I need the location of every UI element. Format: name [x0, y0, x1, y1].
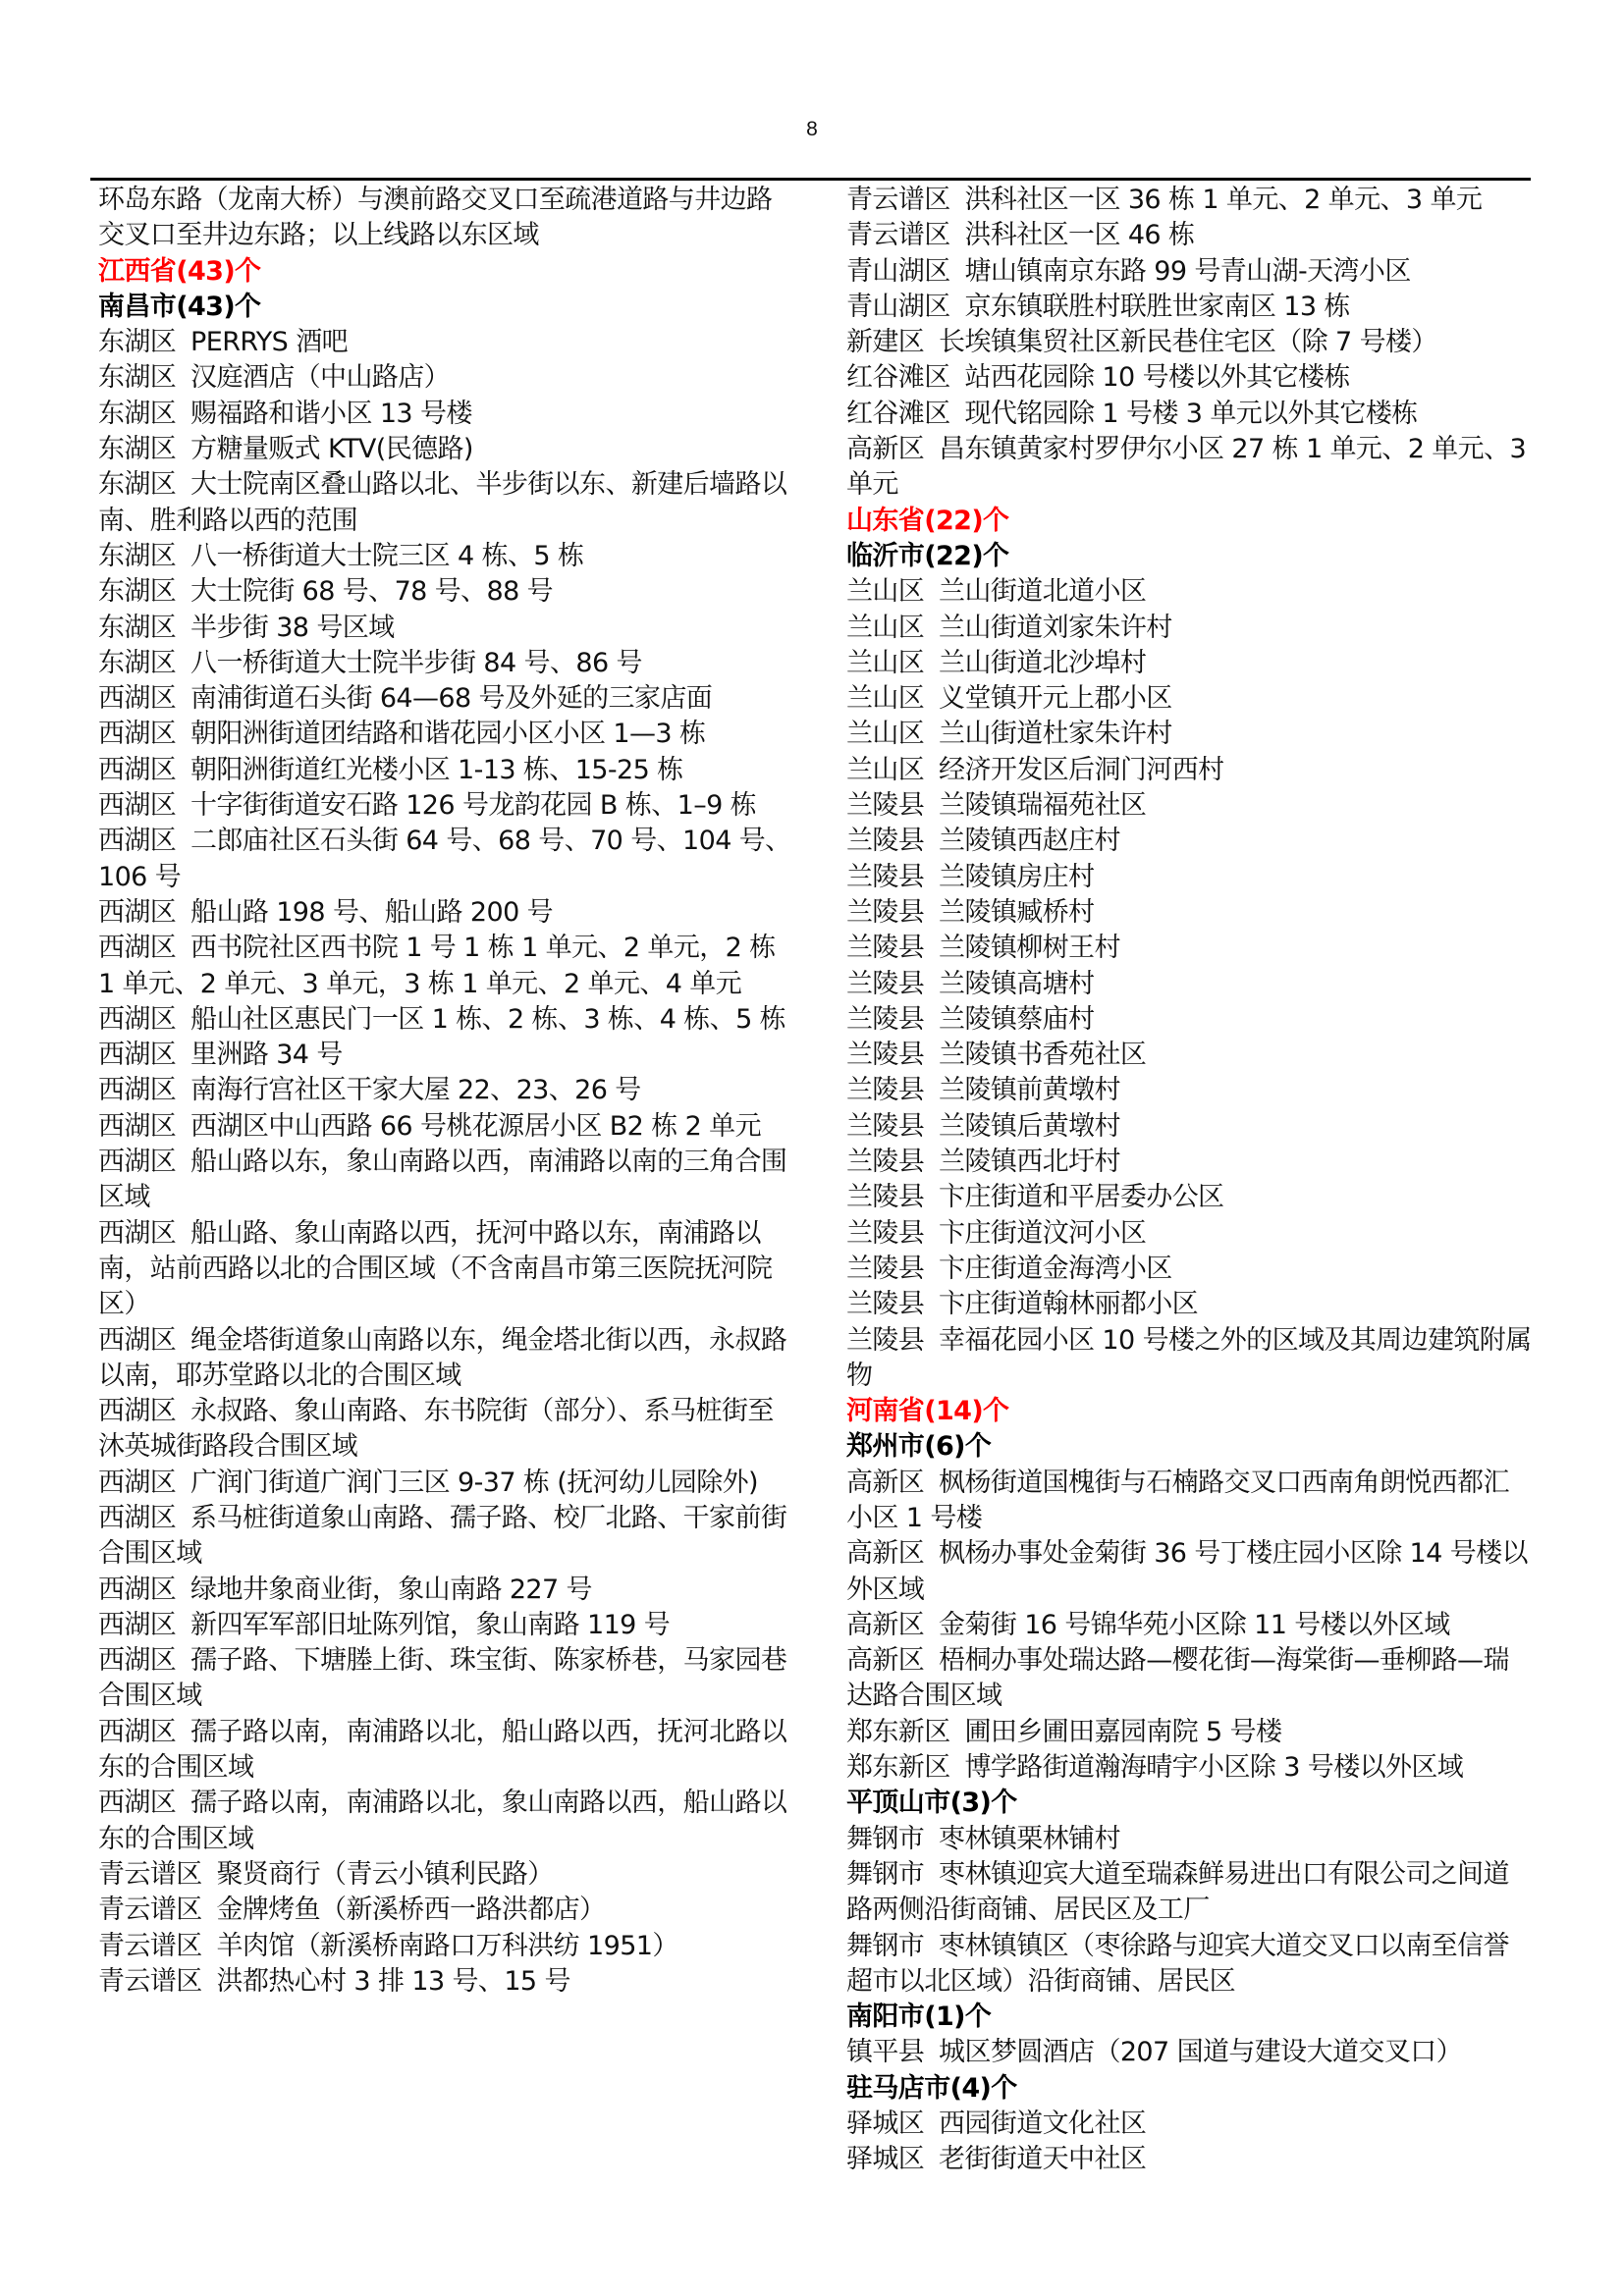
district-label: 西湖区: [98, 1040, 176, 1070]
location-text: 梧桐办事处瑞达路—樱花街—海棠街—垂柳路—瑞达路合围区域: [846, 1645, 1509, 1711]
district-label: 西湖区: [98, 1396, 176, 1426]
list-item: 西湖区朝阳洲街道团结路和谐花园小区小区 1—3 栋: [98, 717, 797, 752]
district-label: 红谷滩区: [846, 362, 950, 393]
location-text: 枣林镇镇区（枣徐路与迎宾大道交叉口以南至信誉超市以北区域）沿街商铺、居民区: [846, 1931, 1509, 1997]
list-item: 东湖区八一桥街道大士院半步街 84 号、86 号: [98, 646, 797, 681]
district-label: 东湖区: [98, 327, 176, 357]
district-label: 青云谱区: [98, 1859, 202, 1890]
location-text: 兰陵镇西北圩村: [939, 1147, 1120, 1177]
list-item: 西湖区南浦街道石头街 64—68 号及外延的三家店面: [98, 681, 797, 717]
list-item: 西湖区朝阳洲街道红光楼小区 1-13 栋、15-25 栋: [98, 753, 797, 788]
province-heading: 河南省(14)个: [846, 1394, 1534, 1429]
list-item: 新建区长埃镇集贸社区新民巷住宅区（除 7 号楼）: [846, 325, 1534, 360]
list-item: 镇平县城区梦圆酒店（207 国道与建设大道交叉口）: [846, 2035, 1534, 2070]
location-text: 枫杨办事处金菊街 36 号丁楼庄园小区除 14 号楼以外区域: [846, 1538, 1528, 1604]
list-item: 兰陵县兰陵镇高塘村: [846, 967, 1534, 1002]
district-label: 东湖区: [98, 434, 176, 464]
district-label: 青云谱区: [98, 1966, 202, 1997]
location-text: 兰陵镇房庄村: [939, 862, 1094, 892]
location-text: 经济开发区后洞门河西村: [939, 755, 1223, 785]
list-item: 西湖区船山社区惠民门一区 1 栋、2 栋、3 栋、4 栋、5 栋: [98, 1002, 797, 1038]
district-label: 青云谱区: [98, 1895, 202, 1925]
district-label: 舞钢市: [846, 1859, 924, 1890]
location-text: 船山路以东，象山南路以西，南浦路以南的三角合围区域: [98, 1147, 786, 1212]
list-item: 西湖区西湖区中山西路 66 号桃花源居小区 B2 栋 2 单元: [98, 1109, 797, 1145]
list-item: 西湖区南海行宫社区干家大屋 22、23、26 号: [98, 1073, 797, 1108]
district-label: 西湖区: [98, 1004, 176, 1035]
list-item: 舞钢市枣林镇镇区（枣徐路与迎宾大道交叉口以南至信誉超市以北区域）沿街商铺、居民区: [846, 1929, 1534, 2001]
location-text: 兰山街道北沙埠村: [939, 648, 1146, 678]
location-text: 朝阳洲街道红光楼小区 1-13 栋、15-25 栋: [190, 755, 682, 785]
location-text: 大士院南区叠山路以北、半步街以东、新建后墙路以南、胜利路以西的范围: [98, 469, 786, 535]
district-label: 兰陵县: [846, 790, 924, 821]
district-label: 西湖区: [98, 1717, 176, 1747]
province-heading: 江西省(43)个: [98, 254, 797, 290]
list-item: 西湖区船山路、象山南路以西，抚河中路以东，南浦路以南，站前西路以北的合围区域（不…: [98, 1216, 797, 1323]
district-label: 高新区: [846, 1468, 924, 1498]
list-item: 青云谱区洪科社区一区 46 栋: [846, 218, 1534, 253]
location-text: 金牌烤鱼（新溪桥西一路洪都店）: [216, 1895, 605, 1925]
location-text: 朝阳洲街道团结路和谐花园小区小区 1—3 栋: [190, 719, 705, 749]
location-text: 兰陵镇臧桥村: [939, 897, 1094, 928]
location-text: 绿地井象商业街，象山南路 227 号: [190, 1575, 592, 1605]
location-text: 聚贤商行（青云小镇利民路）: [216, 1859, 553, 1890]
location-text: 老街街道天中社区: [939, 2144, 1146, 2174]
list-item: 兰陵县兰陵镇蔡庙村: [846, 1002, 1534, 1038]
list-item: 西湖区绿地井象商业街，象山南路 227 号: [98, 1573, 797, 1608]
location-text: 二郎庙社区石头街 64 号、68 号、70 号、104 号、106 号: [98, 826, 791, 891]
district-label: 驿城区: [846, 2109, 924, 2139]
list-item: 西湖区二郎庙社区石头街 64 号、68 号、70 号、104 号、106 号: [98, 824, 797, 895]
location-text: 西书院社区西书院 1 号 1 栋 1 单元、2 单元，2 栋 1 单元、2 单元…: [98, 933, 776, 998]
district-label: 西湖区: [98, 1788, 176, 1818]
list-item: 兰陵县卞庄街道和平居委办公区: [846, 1180, 1534, 1215]
list-item: 东湖区八一桥街道大士院三区 4 栋、5 栋: [98, 539, 797, 574]
location-text: 站西花园除 10 号楼以外其它楼栋: [964, 362, 1349, 393]
list-item: 东湖区PERRYS 酒吧: [98, 325, 797, 360]
district-label: 青山湖区: [846, 292, 950, 322]
location-text: 广润门街道广润门三区 9-37 栋 (抚河幼儿园除外): [190, 1468, 758, 1498]
list-item: 兰陵县兰陵镇瑞福苑社区: [846, 788, 1534, 824]
list-item: 红谷滩区站西花园除 10 号楼以外其它楼栋: [846, 360, 1534, 396]
district-label: 兰山区: [846, 613, 924, 643]
district-label: 兰陵县: [846, 826, 924, 856]
location-text: 兰陵镇瑞福苑社区: [939, 790, 1146, 821]
list-item: 兰山区兰山街道北道小区: [846, 574, 1534, 610]
location-text: 西湖区中山西路 66 号桃花源居小区 B2 栋 2 单元: [190, 1111, 761, 1142]
district-label: 东湖区: [98, 576, 176, 607]
district-label: 兰陵县: [846, 1254, 924, 1284]
location-text: 兰陵镇前黄墩村: [939, 1075, 1120, 1105]
district-label: 西湖区: [98, 897, 176, 928]
location-text: 洪科社区一区 46 栋: [964, 220, 1194, 250]
location-text: 枣林镇栗林铺村: [939, 1824, 1120, 1854]
district-label: 西湖区: [98, 1147, 176, 1177]
list-item: 东湖区汉庭酒店（中山路店）: [98, 360, 797, 396]
city-heading: 南阳市(1)个: [846, 2000, 1534, 2035]
district-label: 舞钢市: [846, 1931, 924, 1961]
location-text: 西园街道文化社区: [939, 2109, 1146, 2139]
district-label: 高新区: [846, 1645, 924, 1676]
location-text: 半步街 38 号区域: [190, 613, 395, 643]
list-item: 驿城区老街街道天中社区: [846, 2142, 1534, 2177]
location-text: 长埃镇集贸社区新民巷住宅区（除 7 号楼）: [939, 327, 1437, 357]
location-text: 金菊街 16 号锦华苑小区除 11 号楼以外区域: [939, 1610, 1450, 1640]
district-label: 西湖区: [98, 1503, 176, 1533]
location-text: 新四军军部旧址陈列馆，象山南路 119 号: [190, 1610, 670, 1640]
district-label: 舞钢市: [846, 1824, 924, 1854]
location-text: PERRYS 酒吧: [190, 327, 348, 357]
list-item: 东湖区半步街 38 号区域: [98, 611, 797, 646]
location-text: 八一桥街道大士院半步街 84 号、86 号: [190, 648, 642, 678]
list-item: 西湖区船山路以东，象山南路以西，南浦路以南的三角合围区域: [98, 1145, 797, 1216]
location-text: 京东镇联胜村联胜世家南区 13 栋: [964, 292, 1349, 322]
district-label: 西湖区: [98, 1575, 176, 1605]
list-item: 西湖区十字街街道安石路 126 号龙韵花园 B 栋、1–9 栋: [98, 788, 797, 824]
city-heading: 南昌市(43)个: [98, 290, 797, 325]
list-item: 西湖区里洲路 34 号: [98, 1038, 797, 1073]
location-text: 博学路街道瀚海晴宇小区除 3 号楼以外区域: [964, 1752, 1463, 1783]
location-text: 兰陵镇书香苑社区: [939, 1040, 1146, 1070]
district-label: 东湖区: [98, 541, 176, 571]
district-label: 兰山区: [846, 683, 924, 714]
location-text: 卞庄街道和平居委办公区: [939, 1182, 1223, 1212]
location-text: 兰陵镇后黄墩村: [939, 1111, 1120, 1142]
district-label: 兰陵县: [846, 933, 924, 963]
district-label: 青云谱区: [846, 220, 950, 250]
district-label: 兰陵县: [846, 1325, 924, 1356]
list-item: 兰陵县兰陵镇前黄墩村: [846, 1073, 1534, 1108]
district-label: 高新区: [846, 1538, 924, 1569]
list-item: 东湖区大士院南区叠山路以北、半步街以东、新建后墙路以南、胜利路以西的范围: [98, 467, 797, 539]
district-label: 郑东新区: [846, 1717, 950, 1747]
location-text: 圃田乡圃田嘉园南院 5 号楼: [964, 1717, 1281, 1747]
location-text: 兰山街道杜家朱许村: [939, 719, 1172, 749]
list-item: 青山湖区塘山镇南京东路 99 号青山湖-天湾小区: [846, 254, 1534, 290]
district-label: 郑东新区: [846, 1752, 950, 1783]
district-label: 西湖区: [98, 1610, 176, 1640]
district-label: 西湖区: [98, 1218, 176, 1249]
page-number: 8: [0, 116, 1624, 143]
district-label: 高新区: [846, 434, 924, 464]
district-label: 兰陵县: [846, 969, 924, 999]
district-label: 兰陵县: [846, 1147, 924, 1177]
right-column: 青云谱区洪科社区一区 36 栋 1 单元、2 单元、3 单元青云谱区洪科社区一区…: [846, 183, 1534, 2178]
province-heading: 山东省(22)个: [846, 504, 1534, 539]
location-text: 兰山街道刘家朱许村: [939, 613, 1172, 643]
location-text: 十字街街道安石路 126 号龙韵花园 B 栋、1–9 栋: [190, 790, 756, 821]
list-item: 兰陵县兰陵镇书香苑社区: [846, 1038, 1534, 1073]
location-text: 兰山街道北道小区: [939, 576, 1146, 607]
list-item: 兰山区兰山街道刘家朱许村: [846, 611, 1534, 646]
district-label: 西湖区: [98, 1325, 176, 1356]
list-item: 西湖区广润门街道广润门三区 9-37 栋 (抚河幼儿园除外): [98, 1466, 797, 1501]
list-item: 兰山区兰山街道杜家朱许村: [846, 717, 1534, 752]
location-text: 卞庄街道汶河小区: [939, 1218, 1146, 1249]
list-item: 高新区梧桐办事处瑞达路—樱花街—海棠街—垂柳路—瑞达路合围区域: [846, 1643, 1534, 1715]
list-item: 青云谱区金牌烤鱼（新溪桥西一路洪都店）: [98, 1893, 797, 1928]
list-item: 兰陵县兰陵镇臧桥村: [846, 895, 1534, 931]
location-text: 船山路、象山南路以西，抚河中路以东，南浦路以南，站前西路以北的合围区域（不含南昌…: [98, 1218, 772, 1320]
list-item: 西湖区孺子路以南，南浦路以北，船山路以西，抚河北路以东的合围区域: [98, 1715, 797, 1787]
location-text: 兰陵镇西赵庄村: [939, 826, 1120, 856]
district-label: 兰陵县: [846, 1075, 924, 1105]
district-label: 东湖区: [98, 613, 176, 643]
district-label: 东湖区: [98, 362, 176, 393]
location-text: 汉庭酒店（中山路店）: [190, 362, 450, 393]
district-label: 西湖区: [98, 755, 176, 785]
city-heading: 驻马店市(4)个: [846, 2071, 1534, 2107]
district-label: 西湖区: [98, 1111, 176, 1142]
location-text: 孺子路以南，南浦路以北，船山路以西，抚河北路以东的合围区域: [98, 1717, 786, 1783]
location-text: 卞庄街道翰林丽都小区: [939, 1289, 1198, 1319]
location-text: 羊肉馆（新溪桥南路口万科洪纺 1951）: [216, 1931, 677, 1961]
location-text: 南浦街道石头街 64—68 号及外延的三家店面: [190, 683, 712, 714]
location-text: 兰陵镇蔡庙村: [939, 1004, 1094, 1035]
list-item: 兰陵县兰陵镇房庄村: [846, 860, 1534, 895]
location-text: 八一桥街道大士院三区 4 栋、5 栋: [190, 541, 583, 571]
district-label: 高新区: [846, 1610, 924, 1640]
list-item: 西湖区孺子路以南，南浦路以北，象山南路以西，船山路以东的合围区域: [98, 1786, 797, 1857]
district-label: 新建区: [846, 327, 924, 357]
list-item: 高新区金菊街 16 号锦华苑小区除 11 号楼以外区域: [846, 1608, 1534, 1643]
list-item: 兰陵县兰陵镇后黄墩村: [846, 1109, 1534, 1145]
district-label: 驿城区: [846, 2144, 924, 2174]
location-text: 枫杨街道国槐街与石楠路交叉口西南角朗悦西都汇小区 1 号楼: [846, 1468, 1509, 1533]
location-text: 卞庄街道金海湾小区: [939, 1254, 1172, 1284]
location-text: 大士院街 68 号、78 号、88 号: [190, 576, 553, 607]
location-text: 现代铭园除 1 号楼 3 单元以外其它楼栋: [964, 399, 1417, 429]
location-text: 孺子路以南，南浦路以北，象山南路以西，船山路以东的合围区域: [98, 1788, 786, 1853]
continuation-text: 环岛东路（龙南大桥）与澳前路交叉口至疏港道路与井边路交叉口至井边东路；以上线路以…: [98, 183, 797, 254]
list-item: 红谷滩区现代铭园除 1 号楼 3 单元以外其它楼栋: [846, 397, 1534, 432]
district-label: 青山湖区: [846, 256, 950, 287]
list-item: 兰山区兰山街道北沙埠村: [846, 646, 1534, 681]
district-label: 兰陵县: [846, 1289, 924, 1319]
district-label: 兰山区: [846, 576, 924, 607]
location-text: 义堂镇开元上郡小区: [939, 683, 1172, 714]
location-text: 洪科社区一区 36 栋 1 单元、2 单元、3 单元: [964, 185, 1482, 215]
location-text: 城区梦圆酒店（207 国道与建设大道交叉口）: [939, 2037, 1462, 2067]
district-label: 西湖区: [98, 1075, 176, 1105]
location-text: 船山社区惠民门一区 1 栋、2 栋、3 栋、4 栋、5 栋: [190, 1004, 785, 1035]
list-item: 青云谱区洪科社区一区 36 栋 1 单元、2 单元、3 单元: [846, 183, 1534, 218]
location-text: 兰陵镇高塘村: [939, 969, 1094, 999]
location-text: 幸福花园小区 10 号楼之外的区域及其周边建筑附属物: [846, 1325, 1532, 1391]
list-item: 兰陵县卞庄街道翰林丽都小区: [846, 1287, 1534, 1322]
list-item: 兰陵县卞庄街道金海湾小区: [846, 1252, 1534, 1287]
district-label: 红谷滩区: [846, 399, 950, 429]
left-column: 环岛东路（龙南大桥）与澳前路交叉口至疏港道路与井边路交叉口至井边东路；以上线路以…: [98, 183, 797, 2000]
location-text: 系马桩街道象山南路、孺子路、校厂北路、干家前街合围区域: [98, 1503, 786, 1569]
list-item: 郑东新区圃田乡圃田嘉园南院 5 号楼: [846, 1715, 1534, 1750]
location-text: 孺子路、下塘塍上街、珠宝街、陈家桥巷，马家园巷合围区域: [98, 1645, 786, 1711]
location-text: 方糖量贩式 KTV(民德路): [190, 434, 473, 464]
list-item: 东湖区大士院街 68 号、78 号、88 号: [98, 574, 797, 610]
district-label: 东湖区: [98, 469, 176, 500]
list-item: 兰陵县兰陵镇西赵庄村: [846, 824, 1534, 859]
list-item: 青云谱区聚贤商行（青云小镇利民路）: [98, 1857, 797, 1893]
list-item: 东湖区赐福路和谐小区 13 号楼: [98, 397, 797, 432]
district-label: 青云谱区: [98, 1931, 202, 1961]
list-item: 兰陵县兰陵镇柳树王村: [846, 931, 1534, 966]
list-item: 高新区昌东镇黄家村罗伊尔小区 27 栋 1 单元、2 单元、3 单元: [846, 432, 1534, 504]
header-rule: [90, 178, 1531, 181]
location-text: 南海行宫社区干家大屋 22、23、26 号: [190, 1075, 641, 1105]
district-label: 兰山区: [846, 648, 924, 678]
list-item: 郑东新区博学路街道瀚海晴宇小区除 3 号楼以外区域: [846, 1750, 1534, 1786]
district-label: 兰山区: [846, 755, 924, 785]
list-item: 高新区枫杨办事处金菊街 36 号丁楼庄园小区除 14 号楼以外区域: [846, 1536, 1534, 1608]
list-item: 西湖区永叔路、象山南路、东书院街（部分）、系马桩街至沐英城街路段合围区域: [98, 1394, 797, 1466]
location-text: 里洲路 34 号: [190, 1040, 343, 1070]
location-text: 永叔路、象山南路、东书院街（部分）、系马桩街至沐英城街路段合围区域: [98, 1396, 774, 1462]
city-heading: 郑州市(6)个: [846, 1429, 1534, 1465]
district-label: 西湖区: [98, 683, 176, 714]
list-item: 西湖区船山路 198 号、船山路 200 号: [98, 895, 797, 931]
location-text: 船山路 198 号、船山路 200 号: [190, 897, 553, 928]
list-item: 青云谱区羊肉馆（新溪桥南路口万科洪纺 1951）: [98, 1929, 797, 1964]
location-text: 赐福路和谐小区 13 号楼: [190, 399, 472, 429]
district-label: 兰陵县: [846, 1004, 924, 1035]
list-item: 西湖区西书院社区西书院 1 号 1 栋 1 单元、2 单元，2 栋 1 单元、2…: [98, 931, 797, 1002]
location-text: 兰陵镇柳树王村: [939, 933, 1120, 963]
location-text: 枣林镇迎宾大道至瑞森鲜易进出口有限公司之间道路两侧沿街商铺、居民区及工厂: [846, 1859, 1509, 1925]
district-label: 兰山区: [846, 719, 924, 749]
list-item: 西湖区系马桩街道象山南路、孺子路、校厂北路、干家前街合围区域: [98, 1501, 797, 1573]
list-item: 青山湖区京东镇联胜村联胜世家南区 13 栋: [846, 290, 1534, 325]
list-item: 东湖区方糖量贩式 KTV(民德路): [98, 432, 797, 467]
district-label: 西湖区: [98, 1645, 176, 1676]
list-item: 舞钢市枣林镇栗林铺村: [846, 1822, 1534, 1857]
list-item: 兰陵县卞庄街道汶河小区: [846, 1216, 1534, 1252]
district-label: 西湖区: [98, 933, 176, 963]
district-label: 西湖区: [98, 790, 176, 821]
list-item: 西湖区孺子路、下塘塍上街、珠宝街、陈家桥巷，马家园巷合围区域: [98, 1643, 797, 1715]
list-item: 兰陵县幸福花园小区 10 号楼之外的区域及其周边建筑附属物: [846, 1323, 1534, 1395]
district-label: 兰陵县: [846, 1111, 924, 1142]
location-text: 绳金塔街道象山南路以东，绳金塔北街以西，永叔路以南，耶苏堂路以北的合围区域: [98, 1325, 786, 1391]
district-label: 兰陵县: [846, 1182, 924, 1212]
list-item: 驿城区西园街道文化社区: [846, 2107, 1534, 2142]
city-heading: 平顶山市(3)个: [846, 1786, 1534, 1821]
district-label: 青云谱区: [846, 185, 950, 215]
list-item: 兰陵县兰陵镇西北圩村: [846, 1145, 1534, 1180]
list-item: 西湖区新四军军部旧址陈列馆，象山南路 119 号: [98, 1608, 797, 1643]
list-item: 高新区枫杨街道国槐街与石楠路交叉口西南角朗悦西都汇小区 1 号楼: [846, 1466, 1534, 1537]
district-label: 兰陵县: [846, 1218, 924, 1249]
district-label: 兰陵县: [846, 897, 924, 928]
district-label: 西湖区: [98, 719, 176, 749]
district-label: 东湖区: [98, 399, 176, 429]
list-item: 兰山区经济开发区后洞门河西村: [846, 753, 1534, 788]
district-label: 镇平县: [846, 2037, 924, 2067]
list-item: 兰山区义堂镇开元上郡小区: [846, 681, 1534, 717]
district-label: 西湖区: [98, 1468, 176, 1498]
location-text: 塘山镇南京东路 99 号青山湖-天湾小区: [964, 256, 1410, 287]
location-text: 昌东镇黄家村罗伊尔小区 27 栋 1 单元、2 单元、3 单元: [846, 434, 1526, 500]
list-item: 西湖区绳金塔街道象山南路以东，绳金塔北街以西，永叔路以南，耶苏堂路以北的合围区域: [98, 1323, 797, 1395]
city-heading: 临沂市(22)个: [846, 539, 1534, 574]
location-text: 洪都热心村 3 排 13 号、15 号: [216, 1966, 569, 1997]
list-item: 青云谱区洪都热心村 3 排 13 号、15 号: [98, 1964, 797, 2000]
list-item: 舞钢市枣林镇迎宾大道至瑞森鲜易进出口有限公司之间道路两侧沿街商铺、居民区及工厂: [846, 1857, 1534, 1929]
district-label: 兰陵县: [846, 862, 924, 892]
district-label: 东湖区: [98, 648, 176, 678]
district-label: 西湖区: [98, 826, 176, 856]
district-label: 兰陵县: [846, 1040, 924, 1070]
